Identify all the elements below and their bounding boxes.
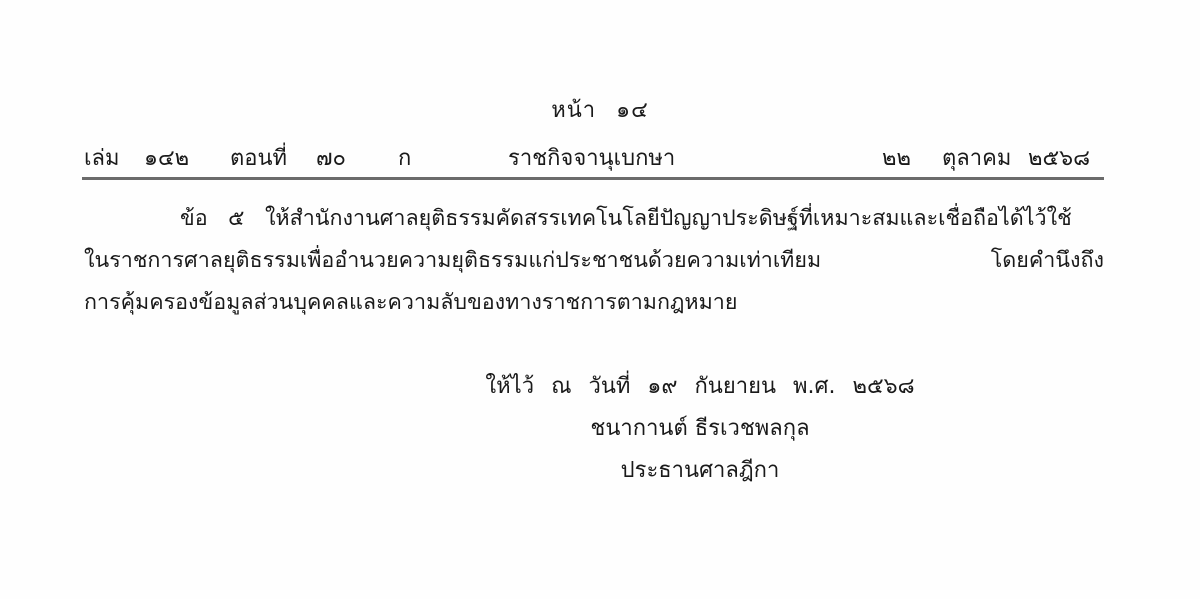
clause-line-1: ข้อ ๕ ให้สำนักงานศาลยุติธรรมคัดสรรเทคโนโ…: [84, 198, 1104, 240]
header-divider: [82, 177, 1104, 180]
gazette-page: หน้า ๑๔ เล่ม ๑๔๒ ตอนที่ ๗๐ ก ราชกิจจานุเ…: [0, 0, 1200, 599]
section-label: ตอนที่: [230, 140, 287, 175]
page-label: หน้า: [551, 98, 596, 123]
gazette-header: เล่ม ๑๔๒ ตอนที่ ๗๐ ก ราชกิจจานุเบกษา ๒๒ …: [84, 140, 1106, 170]
clause-text-1: ให้สำนักงานศาลยุติธรรมคัดสรรเทคโนโลยีปัญ…: [265, 206, 1072, 231]
clause-text-2b: โดยคำนึงถึง: [991, 240, 1104, 282]
page-number-value: ๑๔: [616, 98, 649, 123]
era-label: พ.ศ.: [793, 374, 835, 399]
page-number: หน้า ๑๔: [0, 92, 1200, 127]
day-label: วันที่: [589, 374, 631, 399]
section-number: ๗๐: [316, 140, 346, 175]
volume-label: เล่ม: [84, 140, 120, 175]
clause-line-3: การคุ้มครองข้อมูลส่วนบุคคลและความลับของท…: [84, 282, 1104, 324]
clause-label: ข้อ: [180, 206, 208, 231]
signer-title: ประธานศาลฎีกา: [100, 452, 1200, 487]
date-year: ๒๕๖๘: [1028, 140, 1090, 175]
signature-date: ให้ไว้ ณ วันที่ ๑๙ กันยายน พ.ศ. ๒๕๖๘: [100, 368, 1200, 403]
volume-number: ๑๔๒: [144, 140, 189, 175]
clause-text-3: การคุ้มครองข้อมูลส่วนบุคคลและความลับของท…: [84, 290, 737, 315]
clause-text-2a: ในราชการศาลยุติธรรมเพื่ออำนวยความยุติธรร…: [84, 240, 821, 282]
day-number: ๑๙: [647, 374, 677, 399]
clause-number: ๕: [228, 206, 244, 231]
given-label: ให้ไว้: [485, 374, 534, 399]
section-suffix: ก: [398, 140, 411, 175]
signer-name: ชนากานต์ ธีรเวชพลกุล: [100, 410, 1200, 445]
at-label: ณ: [551, 374, 571, 399]
date-month: ตุลาคม: [942, 140, 1011, 175]
clause-line-2: ในราชการศาลยุติธรรมเพื่ออำนวยความยุติธรร…: [84, 240, 1104, 282]
year: ๒๕๖๘: [852, 374, 914, 399]
date-day: ๒๒: [882, 140, 911, 175]
month: กันยายน: [694, 374, 776, 399]
publication-name: ราชกิจจานุเบกษา: [508, 140, 675, 175]
